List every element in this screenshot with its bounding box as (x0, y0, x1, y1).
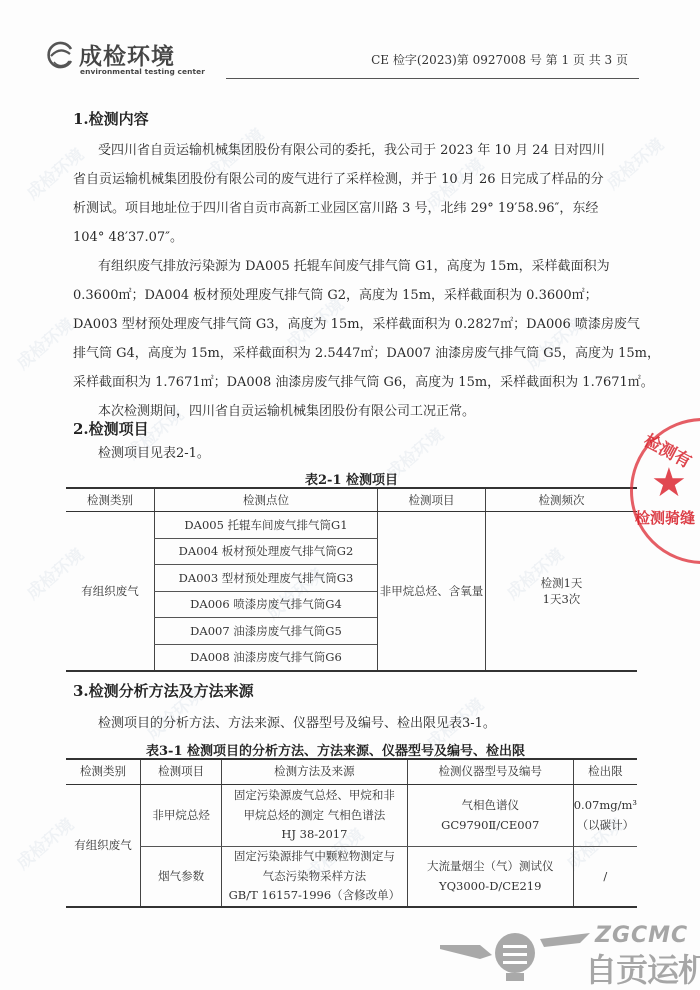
table-cell-items: 非甲烷总烃、含氧量 (378, 512, 486, 672)
section-title-1: 1.检测内容 (73, 108, 149, 129)
table-reference: 检测项目见表2-1。 (98, 442, 210, 461)
table-cell-item: 烟气参数 (141, 847, 222, 908)
table-cell-category: 有组织废气 (66, 512, 155, 672)
table-cell-point: DA008 油漆房废气排气筒G6 (155, 644, 378, 671)
table-cell-point: DA007 油漆房废气排气筒G5 (155, 618, 378, 645)
method-line: 气态污染物采样方法 (222, 867, 407, 887)
method-line: HJ 38-2017 (222, 825, 407, 845)
paragraph-line: 析测试。项目地址位于四川省自贡市高新工业园区富川路 3 号，北纬 29° 19′… (73, 197, 598, 216)
table-header: 检测方法及来源 (222, 759, 408, 785)
method-line: GB/T 16157-1996（含修改单） (222, 886, 407, 906)
method-line: 甲烷总烃的测定 气相色谱法 (222, 806, 407, 826)
paragraph-line: 104° 48′37.07″。 (73, 226, 183, 245)
analysis-methods-table: 检测类别 检测项目 检测方法及来源 检测仪器型号及编号 检出限 有组织废气 非甲… (66, 758, 637, 908)
table-cell-limit: 0.07mg/m³ （以碳计） (573, 785, 637, 847)
frequency-line: 检测1天 (486, 575, 637, 591)
seal-bottom-text: 检测骑缝 (635, 507, 695, 528)
table-row: 烟气参数 固定污染源排气中颗粒物测定与 气态污染物采样方法 GB/T 16157… (66, 847, 637, 908)
method-line: 固定污染源废气总烃、甲烷和非 (222, 786, 407, 806)
table-row: 有组织废气 DA005 托辊车间废气排气筒G1 非甲烷总烃、含氧量 检测1天 1… (66, 512, 637, 539)
table-row: 有组织废气 非甲烷总烃 固定污染源废气总烃、甲烷和非 甲烷总烃的测定 气相色谱法… (66, 785, 637, 847)
table-cell-point: DA003 型材预处理废气排气筒G3 (155, 565, 378, 592)
table-cell-instrument: 大流量烟尘（气）测试仪 YQ3000-D/CE219 (407, 847, 573, 908)
logo-text-en: environmental testing center (80, 67, 205, 76)
table-header: 检出限 (573, 759, 637, 785)
instrument-line: 气相色谱仪 (408, 796, 573, 816)
table-cell-item: 非甲烷总烃 (141, 785, 222, 847)
table-header: 检测频次 (486, 488, 638, 512)
table-cell-point: DA004 板材预处理废气排气筒G2 (155, 538, 378, 565)
table-cell-frequency: 检测1天 1天3次 (486, 512, 638, 672)
frequency-line: 1天3次 (486, 591, 637, 607)
watermark: 成检环境 (600, 131, 668, 194)
method-line: 固定污染源排气中颗粒物测定与 (222, 847, 407, 867)
table-cell-category: 有组织废气 (66, 785, 141, 908)
limit-line: （以碳计） (574, 816, 637, 836)
table-header: 检测类别 (66, 759, 141, 785)
logo-e-icon (45, 40, 75, 70)
table-cell-instrument: 气相色谱仪 GC9790Ⅱ/CE007 (407, 785, 573, 847)
paragraph-line: 本次检测期间，四川省自贡运输机械集团股份有限公司工况正常。 (98, 400, 475, 419)
instrument-line: YQ3000-D/CE219 (408, 877, 573, 897)
table-cell-point: DA006 喷漆房废气排气筒G4 (155, 591, 378, 618)
table-caption: 表3-1 检测项目的分析方法、方法来源、仪器型号及编号、检出限 (146, 740, 525, 759)
footer-brand-logo: ZGCMC 自贡运机 (435, 915, 700, 990)
limit-line: 0.07mg/m³ (574, 796, 637, 816)
instrument-line: 大流量烟尘（气）测试仪 (408, 857, 573, 877)
paragraph-line: 0.3600㎡；DA004 板材预处理废气排气筒 G2，高度为 15m，采样截面… (73, 284, 598, 303)
section-title-2: 2.检测项目 (73, 418, 149, 439)
paragraph-line: DA003 型材预处理废气排气筒 G3，高度为 15m，采样截面积为 0.282… (73, 313, 640, 332)
paragraph-line: 有组织废气排放污染源为 DA005 托辊车间废气排气筒 G1，高度为 15m，采… (98, 255, 610, 274)
brand-emblem-icon (440, 925, 595, 987)
detection-items-table: 检测类别 检测点位 检测项目 检测频次 有组织废气 DA005 托辊车间废气排气… (66, 487, 637, 672)
company-logo: 成检环境 environmental testing center (45, 38, 185, 78)
table-header: 检测点位 (155, 488, 378, 512)
table-header: 检测项目 (141, 759, 222, 785)
table-cell-point: DA005 托辊车间废气排气筒G1 (155, 512, 378, 539)
official-seal: 检测有 ★ 检测骑缝 (630, 418, 700, 564)
paragraph-line: 采样截面积为 1.7671㎡；DA008 油漆房废气排气筒 G6，高度为 15m… (73, 371, 654, 390)
table-reference: 检测项目的分析方法、方法来源、仪器型号及编号、检出限见表3-1。 (98, 712, 496, 731)
section-title-3: 3.检测分析方法及方法来源 (73, 680, 254, 701)
star-icon: ★ (651, 463, 687, 503)
table-caption: 表2-1 检测项目 (305, 469, 398, 488)
table-header: 检测仪器型号及编号 (407, 759, 573, 785)
instrument-line: GC9790Ⅱ/CE007 (408, 816, 573, 836)
header-divider (226, 78, 639, 79)
paragraph-line: 省自贡运输机械集团股份有限公司的废气进行了采样检测，并于 10 月 26 日完成… (73, 168, 604, 187)
brand-text-cn: 自贡运机 (585, 945, 700, 990)
table-header: 检测类别 (66, 488, 155, 512)
watermark: 成检环境 (10, 311, 78, 374)
table-cell-limit: / (573, 847, 637, 908)
table-header: 检测项目 (378, 488, 486, 512)
paragraph-line: 排气筒 G4，高度为 15m，采样截面积为 2.5447㎡；DA007 油漆房废… (73, 342, 660, 361)
paragraph-line: 受四川省自贡运输机械集团股份有限公司的委托，我公司于 2023 年 10 月 2… (98, 139, 605, 158)
table-cell-method: 固定污染源排气中颗粒物测定与 气态污染物采样方法 GB/T 16157-1996… (222, 847, 408, 908)
report-number: CE 检字(2023)第 0927008 号 第 1 页 共 3 页 (371, 51, 628, 68)
table-cell-method: 固定污染源废气总烃、甲烷和非 甲烷总烃的测定 气相色谱法 HJ 38-2017 (222, 785, 408, 847)
